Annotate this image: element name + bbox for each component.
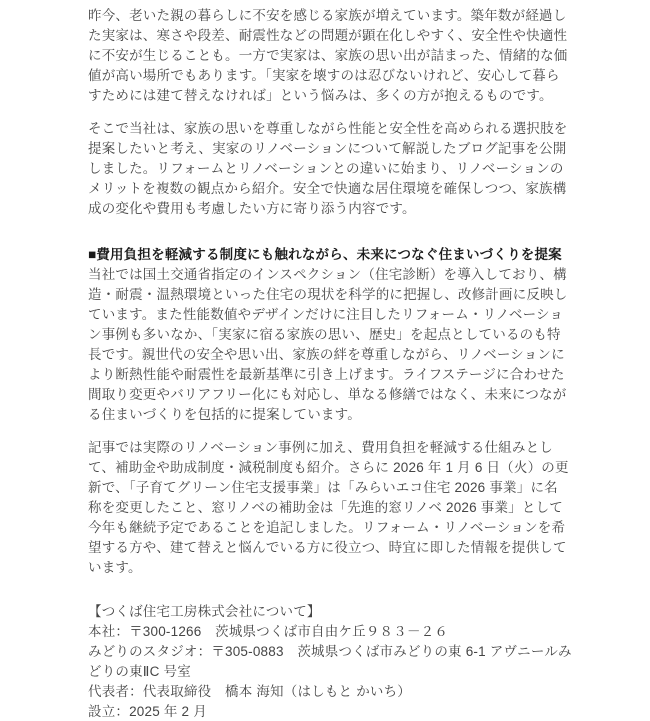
text-line: います。 — [88, 558, 590, 578]
text-line: る住まいづくりを包括的に提案しています。 — [88, 405, 590, 425]
text-line: みどりのスタジオ：〒305-0883 茨城県つくば市みどりの東 6-1 アヴニー… — [88, 642, 590, 662]
text-line: て、補助金や助成制度・減税制度も紹介。さらに 2026 年 1 月 6 日（火）… — [88, 458, 590, 478]
text-line: 成の変化や費用も考慮したい方に寄り添う内容です。 — [88, 199, 590, 219]
text-line: 昨今、老いた親の暮らしに不安を感じる家族が増えています。築年数が経過し — [88, 6, 590, 26]
section-paragraph-1: 当社では国土交通省指定のインスペクション（住宅診断）を導入しており、構造・耐震・… — [88, 265, 590, 425]
text-line: ています。また性能数値やデザインだけに注目したリフォーム・リノベーショ — [88, 305, 590, 325]
text-line: 本社：〒300-1266 茨城県つくば市自由ケ丘９８３－２６ — [88, 622, 590, 642]
text-line: 代表者：代表取締役 橋本 海知（はしもと かいち） — [88, 682, 590, 702]
text-line: 値が高い場所でもあります。「実家を壊すのは忍びないけれど、安心して暮ら — [88, 66, 590, 86]
text-line: 望する方や、建て替えと悩んでいる方に役立つ、時宜に即した情報を提供して — [88, 538, 590, 558]
text-line: 称を変更したこと、窓リノベの補助金は「先進的窓リノベ 2026 事業」として — [88, 498, 590, 518]
text-line: どりの東ⅡC 号室 — [88, 662, 590, 682]
company-about-section: 【つくば住宅工房株式会社について】 本社：〒300-1266 茨城県つくば市自由… — [88, 602, 590, 721]
company-section-title: 【つくば住宅工房株式会社について】 — [88, 602, 590, 622]
text-line: た実家は、寒さや段差、耐震性などの問題が顕在化しやすく、安全性や快適性 — [88, 26, 590, 46]
text-line: 間取り変更やバリアフリー化にも対応し、単なる修繕ではなく、未来につなが — [88, 385, 590, 405]
text-line: に不安が生じることも。一方で実家は、家族の思い出が詰まった、情緒的な価 — [88, 46, 590, 66]
text-line: しました。リフォームとリノベーションとの違いに始まり、リノベーションの — [88, 159, 590, 179]
text-line: ン事例も多いなか、「実家に宿る家族の思い、歴史」を起点としているのも特 — [88, 325, 590, 345]
company-details: 本社：〒300-1266 茨城県つくば市自由ケ丘９８３－２６みどりのスタジオ：〒… — [88, 622, 590, 721]
section-paragraph-2: 記事では実際のリノベーション事例に加え、費用負担を軽減する仕組みとして、補助金や… — [88, 438, 590, 578]
text-line: 記事では実際のリノベーション事例に加え、費用負担を軽減する仕組みとし — [88, 438, 590, 458]
text-line: より断熱性能や耐震性を最新基準に引き上げます。ライフステージに合わせた — [88, 365, 590, 385]
text-line: そこで当社は、家族の思いを尊重しながら性能と安全性を高められる選択肢を — [88, 119, 590, 139]
text-line: 当社では国土交通省指定のインスペクション（住宅診断）を導入しており、構 — [88, 265, 590, 285]
text-line: 設立：2025 年 2 月 — [88, 702, 590, 721]
press-release-document: 昨今、老いた親の暮らしに不安を感じる家族が増えています。築年数が経過した実家は、… — [0, 0, 650, 721]
text-line: 造・耐震・温熱環境といった住宅の現状を科学的に把握し、改修計画に反映し — [88, 285, 590, 305]
section-heading: ■費用負担を軽減する制度にも触れながら、未来につなぐ住まいづくりを提案 — [88, 245, 590, 265]
text-line: 新で、「子育てグリーン住宅支援事業」は「みらいエコ住宅 2026 事業」に名 — [88, 478, 590, 498]
intro-paragraph-2: そこで当社は、家族の思いを尊重しながら性能と安全性を高められる選択肢を提案したい… — [88, 119, 590, 219]
text-line: 今年も継続予定であることを追記しました。リフォーム・リノベーションを希 — [88, 518, 590, 538]
text-line: すためには建て替えなければ」という悩みは、多くの方が抱えるものです。 — [88, 86, 590, 106]
text-line: 長です。親世代の安全や思い出、家族の絆を尊重しながら、リノベーションに — [88, 345, 590, 365]
text-line: メリットを複数の観点から紹介。安全で快適な居住環境を確保しつつ、家族構 — [88, 179, 590, 199]
text-line: 提案したいと考え、実家のリノベーションについて解説したブログ記事を公開 — [88, 139, 590, 159]
intro-paragraph-1: 昨今、老いた親の暮らしに不安を感じる家族が増えています。築年数が経過した実家は、… — [88, 6, 590, 106]
